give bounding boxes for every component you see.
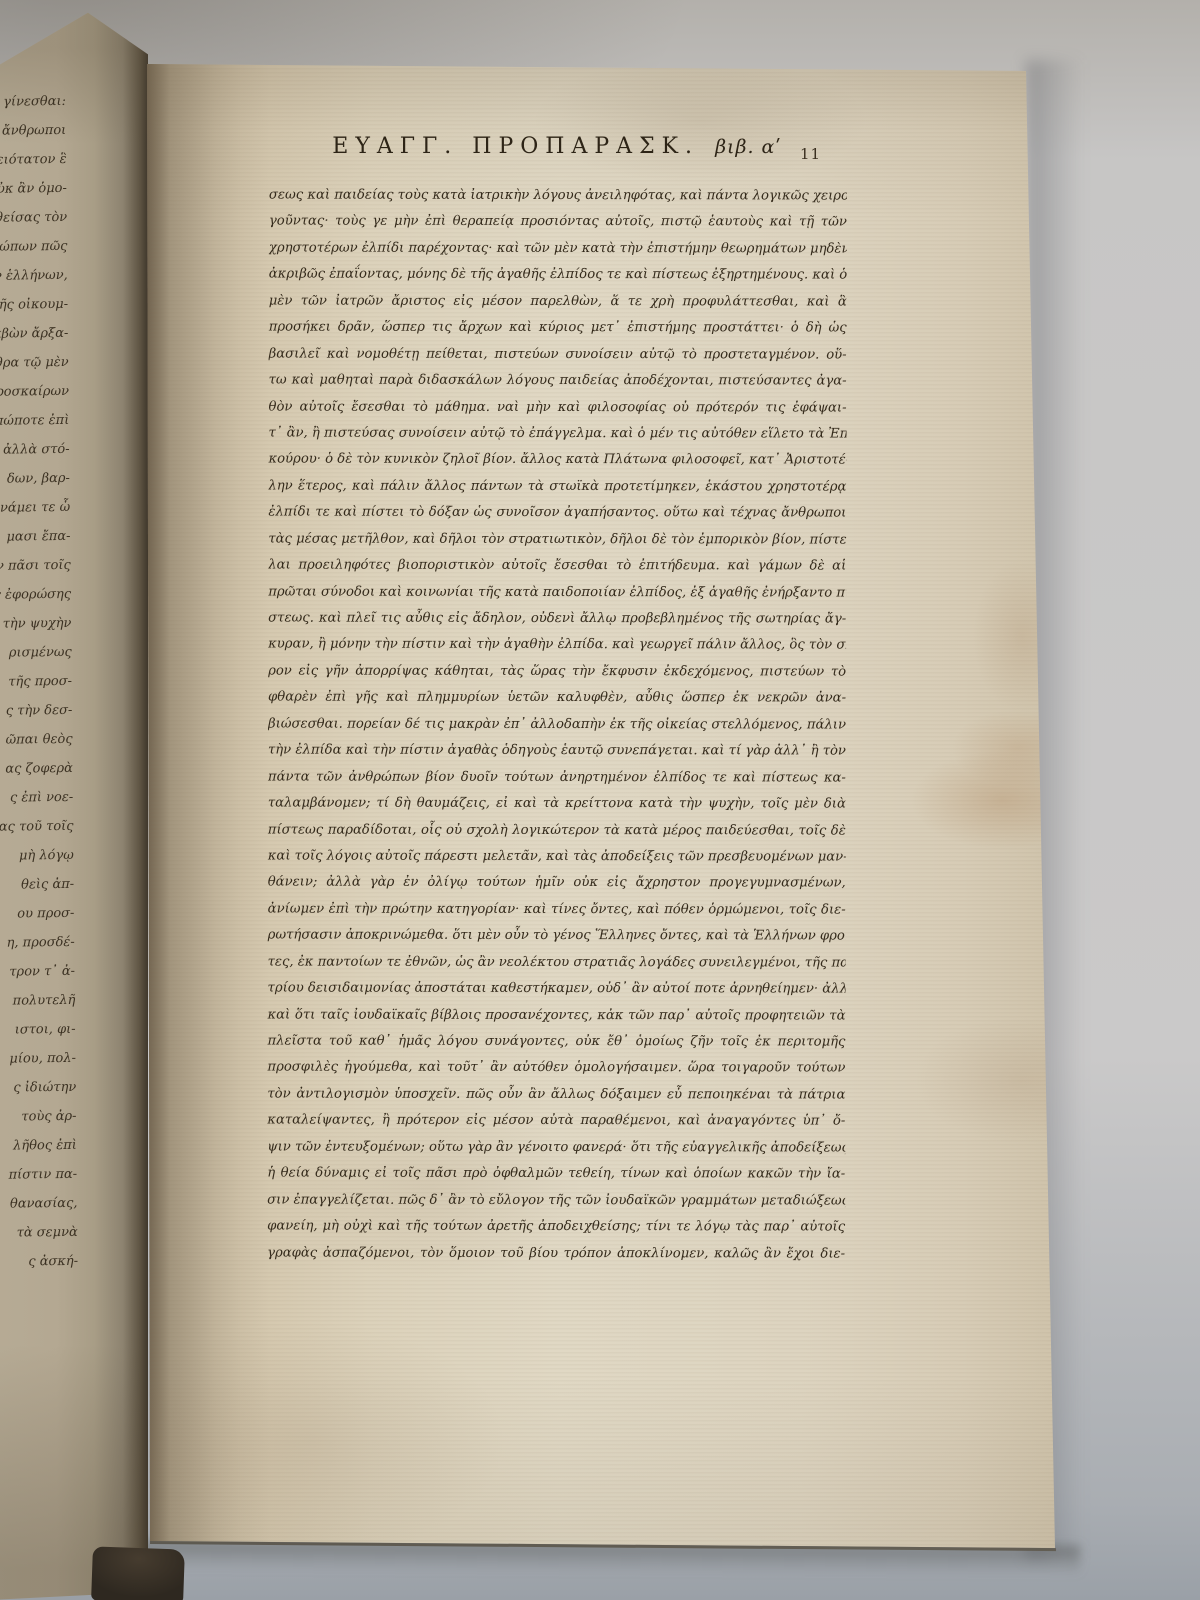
facing-page-line: λῆθος ἐπὶ [0, 1131, 77, 1162]
text-line: πρῶται σύνοδοι καὶ κοινωνίαι τῆς κατὰ πα… [268, 579, 846, 606]
facing-page-line: , ἀλλὰ στό- [0, 435, 70, 466]
facing-page-line: πολυτελῆ [0, 986, 75, 1017]
text-line: πλεῖστα τοῦ καθ᾽ ἡμᾶς λόγου συνάγοντες, … [267, 1028, 845, 1055]
text-line: μὲν τῶν ἰατρῶν ἄριστος εἰς μέσον παρελθὼ… [269, 288, 847, 315]
facing-page-line: τὴν ψυχὴν [0, 609, 72, 640]
facing-page-line: ὅν πᾶσι τοῖς [0, 551, 71, 582]
facing-page-line: λεχθείσας τὸν [0, 203, 67, 234]
text-line: στεως. καὶ πλεῖ τις αὖθις εἰς ἄδηλον, οὐ… [268, 605, 846, 632]
text-line: χρηστοτέρων ἐλπίδι παρέχοντας· καὶ τῶν μ… [269, 235, 847, 262]
facing-page-line: ας τοῦ τοῖς [0, 812, 74, 843]
facing-page-line: θρώπων πῶς [0, 232, 68, 263]
text-line: καὶ τοῖς λόγοις αὐτοῖς πάρεστι μελετᾶν, … [268, 843, 846, 870]
text-line: ἀκριβῶς ἐπαΐοντας, μόνης δὲ τῆς ἀγαθῆς ἐ… [269, 262, 847, 289]
facing-page-line: τρον τ᾽ ἀ- [0, 957, 75, 988]
text-line: καὶ ὅτι ταῖς ἰουδαϊκαῖς βίβλοις προσανέχ… [267, 1002, 845, 1029]
text-line: πίστεως παραδίδοται, οἷς οὐ σχολὴ λογικώ… [268, 817, 846, 844]
text-line: ἐλπίδι τε καὶ πίστει τὸ δόξαν ὡς συνοῖσο… [268, 500, 846, 527]
facing-page-line: πίστιν πα- [0, 1160, 77, 1191]
facing-page-line: ου προσ- [0, 899, 75, 930]
text-line: ἡ θεία δύναμις εἰ τοῖς πᾶσι πρὸ ὀφθαλμῶν… [267, 1161, 845, 1188]
facing-page-line: δυνάμει τε ὧ [0, 493, 70, 524]
text-line: προσφιλὲς ἡγούμεθα, καὶ τοῦτ᾽ ἂν αὐτόθεν… [267, 1055, 845, 1082]
facing-page-line: ρισμένως [0, 638, 72, 669]
facing-page-line: ῶπαι θεὸς [0, 725, 73, 756]
text-line: τὸν ἀντιλογισμὸν ὑποσχεῖν. πῶς οὖν ἂν ἄλ… [267, 1081, 845, 1108]
text-line: βιώσεσθαι. πορείαν δέ τις μακρὰν ἐπ᾽ ἀλλ… [268, 711, 846, 738]
text-line: προσήκει δρᾶν, ὥσπερ τις ἄρχων καὶ κύριο… [269, 315, 847, 342]
facing-page-text-column: οις γίνεσθαι:τὲ ἄνθρωποιοἰκειότατον ἓοὐκ… [0, 87, 78, 1278]
text-line: φθαρὲν ἐπὶ γῆς καὶ πλημμυρίων ὑετῶν καλυ… [268, 685, 846, 712]
binding-board [91, 1546, 185, 1600]
facing-page-line: θανασίας, [0, 1189, 78, 1220]
facing-page-line: τὰ σεμνὰ [0, 1218, 78, 1249]
book-number-label: βιβ. αʹ [715, 136, 782, 158]
running-title: ΕΥΑΓΓ. ΠΡΟΠΑΡΑΣΚ. [332, 134, 699, 159]
facing-page-line: πώποτε ἐπὶ [0, 406, 69, 437]
facing-page-line: λαβὼν ἄρξα- [0, 319, 69, 350]
page-number: 11 [800, 145, 821, 163]
text-line: σεως καὶ παιδείας τοὺς κατὰ ἰατρικὴν λόγ… [269, 182, 847, 209]
text-line: λαι προειληφότες βιοποριστικὸν αὐτοῖς ἔσ… [268, 553, 846, 580]
text-line: καταλείψαντες, ἢ πρότερον εἰς μέσον αὐτὰ… [267, 1108, 845, 1135]
facing-page-line: ας ζοφερὰ [0, 754, 73, 785]
text-line: ψιν τῶν ἐντευξομένων; οὕτω γὰρ ἂν γένοιτ… [267, 1134, 845, 1161]
facing-page-line: θεὶς ἀπ- [0, 870, 74, 901]
facing-page-line: η, προσδέ- [0, 928, 75, 959]
facing-page-line: τῆς προσ- [0, 667, 72, 698]
text-line: κυραν, ἢ μόνην τὴν πίστιν καὶ τὴν ἀγαθὴν… [268, 632, 846, 659]
text-line: τρίου δεισιδαιμονίας ἀποστάται καθεστήκα… [268, 976, 846, 1003]
text-line: γραφὰς ἀσπαζόμενοι, τὸν ὅμοιον τοῦ βίου … [267, 1240, 845, 1267]
text-line: θὸν αὐτοῖς ἔσεσθαι τὸ μάθημα. ναὶ μὴν κα… [269, 394, 847, 421]
facing-page-line: ιστοι, φι- [0, 1015, 76, 1046]
text-line: ρον εἰς γῆν ἀπορρίψας κάθηται, τὰς ὥρας … [268, 658, 846, 685]
text-line: τες, ἐκ παντοίων τε ἐθνῶν, ὡς ἂν νεολέκτ… [268, 949, 846, 976]
text-line: θάνειν; ἀλλὰ γὰρ ἐν ὀλίγῳ τούτων ἡμῖν οὐ… [268, 870, 846, 897]
text-line: ρωτήσασιν ἀποκρινώμεθα. ὅτι μὲν οὖν τὸ γ… [268, 923, 846, 950]
facing-page-line: προσκαίρων [0, 377, 69, 408]
facing-page-line: μίου, πολ- [0, 1044, 76, 1075]
greek-text-block: σεως καὶ παιδείας τοὺς κατὰ ἰατρικὴν λόγ… [267, 182, 847, 1267]
facing-page-line: οις γίνεσθαι: [0, 87, 66, 118]
text-line: τὰς μέσας μετῆλθον, καὶ δῆλοι τὸν στρατι… [268, 526, 846, 553]
facing-page-line: θρα τῷ μὲν [0, 348, 69, 379]
facing-page-line: ς γῆς οἰκουμ- [0, 290, 68, 321]
text-line: λην ἕτερος, καὶ πάλιν ἄλλος πάντων τὰ στ… [268, 473, 846, 500]
text-line: ἀνίωμεν ἐπὶ τὴν πρώτην κατηγορίαν· καὶ τ… [268, 896, 846, 923]
facing-page-line: μὴ λόγῳ [0, 841, 74, 872]
facing-page-line: ς ἀσκή- [0, 1247, 78, 1278]
text-line: σιν ἐπαγγελίζεται. πῶς δ᾽ ἂν τὸ εὔλογον … [267, 1187, 845, 1214]
facing-page-line: ς ἐπὶ νοε- [0, 783, 73, 814]
text-line: ταλαμβάνομεν; τί δὴ θαυμάζεις, εἰ καὶ τὰ… [268, 791, 846, 818]
text-line: γοῦντας· τοὺς γε μὴν ἐπὶ θεραπείᾳ προσιό… [269, 209, 847, 236]
text-line: βασιλεῖ καὶ νομοθέτῃ πείθεται, πιστεύων … [269, 341, 847, 368]
text-line: τὴν ἐλπίδα καὶ τὴν πίστιν ἀγαθὰς ὁδηγοὺς… [268, 738, 846, 765]
text-line: τω καὶ μαθηταὶ παρὰ διδασκάλων λόγους πα… [269, 368, 847, 395]
text-line: φανείη, μὴ οὐχὶ καὶ τῆς τούτων ἀρετῆς ἀπ… [267, 1214, 845, 1241]
facing-page-line: ς τὴν δεσ- [0, 696, 72, 727]
page-header: ΕΥΑΓΓ. ΠΡΟΠΑΡΑΣΚ. βιβ. αʹ [268, 134, 846, 159]
photo-of-open-book: οις γίνεσθαι:τὲ ἄνθρωποιοἰκειότατον ἓοὐκ… [0, 0, 1200, 1600]
text-line: κούρου· ὁ δὲ τὸν κυνικὸν ζηλοῖ βίον. ἄλλ… [268, 447, 846, 474]
text-line: πάντα τῶν ἀνθρώπων βίον δυοῖν τούτων ἀνη… [268, 764, 846, 791]
facing-page-line: ς ἰδιώτην [0, 1073, 76, 1104]
facing-page-line: οἰκειότατον ἓ [0, 145, 67, 176]
text-line: τ᾽ ἂν, ἢ πιστεύσας συνοίσειν αὐτῷ τὸ ἐπά… [268, 420, 846, 447]
facing-page-line: ς ἐφορώσης [0, 580, 71, 611]
facing-page-line: δων, βαρ- [0, 464, 70, 495]
facing-page-line: μασι ἔπα- [0, 522, 71, 553]
facing-page-line: τοὺς ἀρ- [0, 1102, 77, 1133]
facing-page-line: μόνον ἑλλήνων, [0, 261, 68, 292]
facing-page-line: οὐκ ἂν ὁμο- [0, 174, 67, 205]
facing-page-line: τὲ ἄνθρωποι [0, 116, 66, 147]
